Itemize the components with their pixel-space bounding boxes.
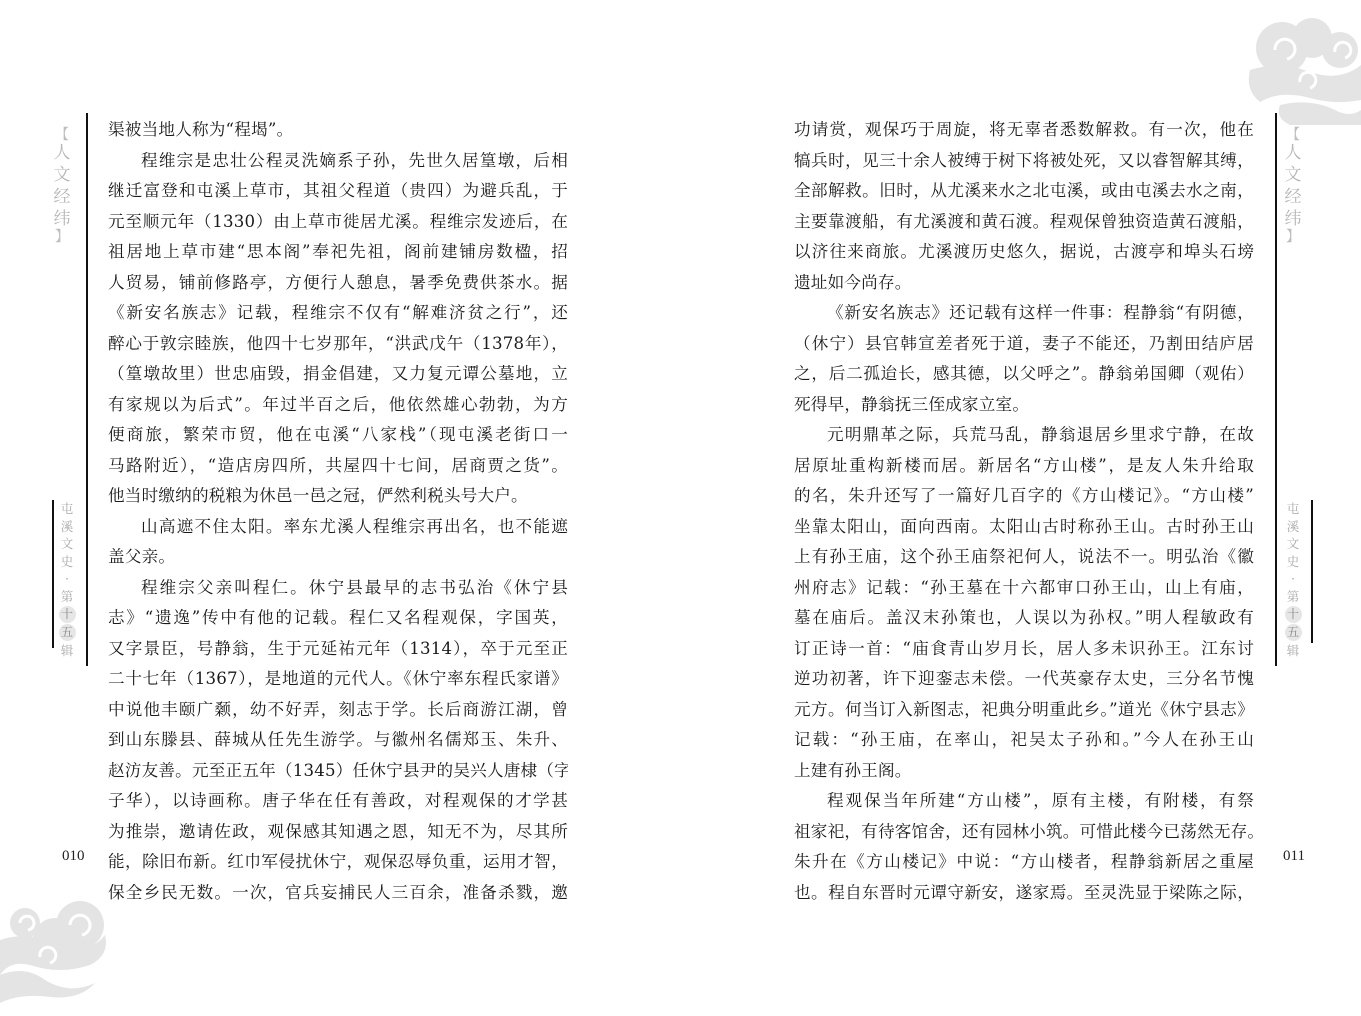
left-main-rule [86,113,88,666]
margin-title-bracket-open: 【 [1283,128,1303,142]
text-line: 元方。何当订入新图志，祀典分明重此乡。”道光《休宁县志》 [794,695,1254,726]
margin-title-char: 人 [1283,142,1303,164]
text-line: 记载：“孙王庙，在率山，祀吴太子孙和。”今人在孙王山 [794,725,1254,756]
text-line: 订正诗一首：“庙食青山岁月长，居人多未识孙王。江东讨 [794,634,1254,665]
left-series-rule [52,500,54,648]
margin-title-bracket-open: 【 [52,128,72,142]
text-line: 二十七年（1367），是地道的元代人。《休宁率东程氏家谱》 [108,664,568,695]
series-char: 辑 [58,642,76,660]
text-line: 死得早，静翁抚三侄成家立室。 [794,390,1254,421]
text-line: 全部解救。旧时，从尤溪来水之北屯溪，或由屯溪去水之南， [794,176,1254,207]
text-line: 以济往来商旅。尤溪渡历史悠久，据说，古渡亭和埠头石塝 [794,237,1254,268]
text-line: 元至顺元年（1330）由上草市徙居尤溪。程维宗发迹后，在 [108,207,568,238]
series-char: 屯 [1284,500,1302,518]
left-margin-title: 【 人 文 经 纬 】 [52,128,72,244]
series-char: · [58,570,76,588]
text-line: 子华），以诗画称。唐子华在任有善政，对程观保的才学甚 [108,786,568,817]
series-char: 溪 [58,518,76,536]
text-line: 到山东滕县、薛城从任先生游学。与徽州名儒郑玉、朱升、 [108,725,568,756]
text-line: 朱升在《方山楼记》中说：“方山楼者，程静翁新居之重屋 [794,847,1254,878]
text-line: 人贸易，铺前修路亭，方便行人憩息，暑季免费供茶水。据 [108,268,568,299]
text-line: 主要靠渡船，有尤溪渡和黄石渡。程观保曾独资造黄石渡船， [794,207,1254,238]
series-char: · [1284,570,1302,588]
text-line: 便商旅，繁荣市贸，他在屯溪“八家栈”（现屯溪老街口一 [108,420,568,451]
series-number-badge: 五 [59,624,76,641]
margin-title-char: 经 [52,186,72,208]
text-line: 之，后二孤迨长，感其德，以父呼之”。静翁弟国卿（观佑） [794,359,1254,390]
left-body-text: 渠被当地人称为“程堨”。程维宗是忠壮公程灵洗嫡系子孙，先世久居篁墩，后相继迁富登… [108,115,568,908]
text-line: 为推崇，邀请佐政，观保感其知遇之恩，知无不为，尽其所 [108,817,568,848]
text-line: 州府志》记载：“孙王墓在十六都审口孙王山，山上有庙， [794,573,1254,604]
left-page: 【 人 文 经 纬 】 屯 溪 文 史 · 第 十 五 辑 010 渠被当地人称… [0,0,680,1016]
text-line: 遗址如今尚存。 [794,268,1254,299]
series-char: 第 [1284,588,1302,606]
text-line: 祖居地上草市建“思本阁”奉祀先祖，阁前建铺房数楹，招 [108,237,568,268]
series-char: 辑 [1284,642,1302,660]
series-char: 文 [58,535,76,553]
page-number: 011 [1283,848,1305,865]
text-line: 犒兵时，见三十余人被缚于树下将被处死，又以睿智解其缚， [794,146,1254,177]
right-main-rule [1275,113,1277,666]
right-series-rule [1311,500,1313,643]
text-line: 居原址重构新楼而居。新居名“方山楼”，是友人朱升给取 [794,451,1254,482]
text-line: （休宁）县官韩宣差者死于道，妻子不能还，乃割田结庐居 [794,329,1254,360]
margin-title-char: 文 [52,164,72,186]
left-margin-series: 屯 溪 文 史 · 第 十 五 辑 [58,500,76,660]
text-line: 盖父亲。 [108,542,568,573]
text-line: 上建有孙王阁。 [794,756,1254,787]
right-page: 【 人 文 经 纬 】 屯 溪 文 史 · 第 十 五 辑 011 功请赏，观保… [680,0,1361,1016]
text-line: 山高遮不住太阳。率东尤溪人程维宗再出名，也不能遮 [108,512,568,543]
text-line: 的名，朱升还写了一篇好几百字的《方山楼记》。“方山楼” [794,481,1254,512]
series-char: 史 [58,553,76,571]
series-char: 屯 [58,500,76,518]
text-line: 保全乡民无数。一次，官兵妄捕民人三百余，准备杀戮，邀 [108,878,568,909]
margin-title-bracket-close: 】 [52,230,72,244]
text-line: 中说他丰颐广颡，幼不好弄，刻志于学。长后商游江湖，曾 [108,695,568,726]
text-line: 有家规以为后式”。年过半百之后，他依然雄心勃勃，为方 [108,390,568,421]
page-number: 010 [62,848,85,865]
text-line: 渠被当地人称为“程堨”。 [108,115,568,146]
text-line: 赵汸友善。元至正五年（1345）任休宁县尹的吴兴人唐棣（字 [108,756,568,787]
text-line: 又字景臣，号静翁，生于元延祐元年（1314），卒于元至正 [108,634,568,665]
text-line: 逆功初著，许下迎銮志未偿。一代英豪存太史，三分名节愧 [794,664,1254,695]
margin-title-char: 人 [52,142,72,164]
margin-title-char: 经 [1283,186,1303,208]
text-line: 《新安名族志》记载，程维宗不仅有“解难济贫之行”，还 [108,298,568,329]
text-line: 醉心于敦宗睦族，他四十七岁那年，“洪武戊午（1378年）， [108,329,568,360]
series-char: 史 [1284,553,1302,571]
text-line: 也。程自东晋时元谭守新安，遂家焉。至灵洗显于梁陈之际， [794,878,1254,909]
text-line: 元明鼎革之际，兵荒马乱，静翁退居乡里求宁静，在故 [794,420,1254,451]
margin-title-char: 纬 [1283,208,1303,230]
text-line: 《新安名族志》还记载有这样一件事：程静翁“有阴德， [794,298,1254,329]
text-line: 志》“遗逸”传中有他的记载。程仁又名程观保，字国英， [108,603,568,634]
series-char: 溪 [1284,518,1302,536]
text-line: 能，除旧布新。红巾军侵扰休宁，观保忍辱负重，运用才智， [108,847,568,878]
text-line: 上有孙王庙，这个孙王庙祭祀何人，说法不一。明弘治《徽 [794,542,1254,573]
text-line: 程维宗是忠壮公程灵洗嫡系子孙，先世久居篁墩，后相 [108,146,568,177]
right-body-text: 功请赏，观保巧于周旋，将无辜者悉数解救。有一次，他在犒兵时，见三十余人被缚于树下… [794,115,1254,908]
text-line: 继迁富登和屯溪上草市，其祖父程道（贵四）为避兵乱，于 [108,176,568,207]
text-line: 墓在庙后。盖汉末孙策也，人误以为孙权。”明人程敏政有 [794,603,1254,634]
text-line: 坐靠太阳山，面向西南。太阳山古时称孙王山。古时孙王山 [794,512,1254,543]
series-char: 第 [58,588,76,606]
series-number-badge: 十 [1285,606,1302,623]
text-line: 祖家祀，有待客馆舍，还有园林小筑。可惜此楼今已荡然无存。 [794,817,1254,848]
auspicious-cloud-icon [0,885,120,1005]
right-margin-series: 屯 溪 文 史 · 第 十 五 辑 [1284,500,1302,660]
margin-title-bracket-close: 】 [1283,230,1303,244]
margin-title-char: 文 [1283,164,1303,186]
margin-title-char: 纬 [52,208,72,230]
text-line: 他当时缴纳的税粮为休邑一邑之冠，俨然利税头号大户。 [108,481,568,512]
series-number-badge: 五 [1285,624,1302,641]
right-margin-title: 【 人 文 经 纬 】 [1283,128,1303,244]
text-line: 程观保当年所建“方山楼”，原有主楼，有附楼，有祭 [794,786,1254,817]
text-line: （篁墩故里）世忠庙毁，捐金倡建，又力复元谭公墓地，立 [108,359,568,390]
series-number-badge: 十 [59,606,76,623]
series-char: 文 [1284,535,1302,553]
text-line: 功请赏，观保巧于周旋，将无辜者悉数解救。有一次，他在 [794,115,1254,146]
text-line: 程维宗父亲叫程仁。休宁县最早的志书弘治《休宁县 [108,573,568,604]
auspicious-cloud-icon [1240,10,1361,125]
text-line: 马路附近），“造店房四所，共屋四十七间，居商贾之货”。 [108,451,568,482]
